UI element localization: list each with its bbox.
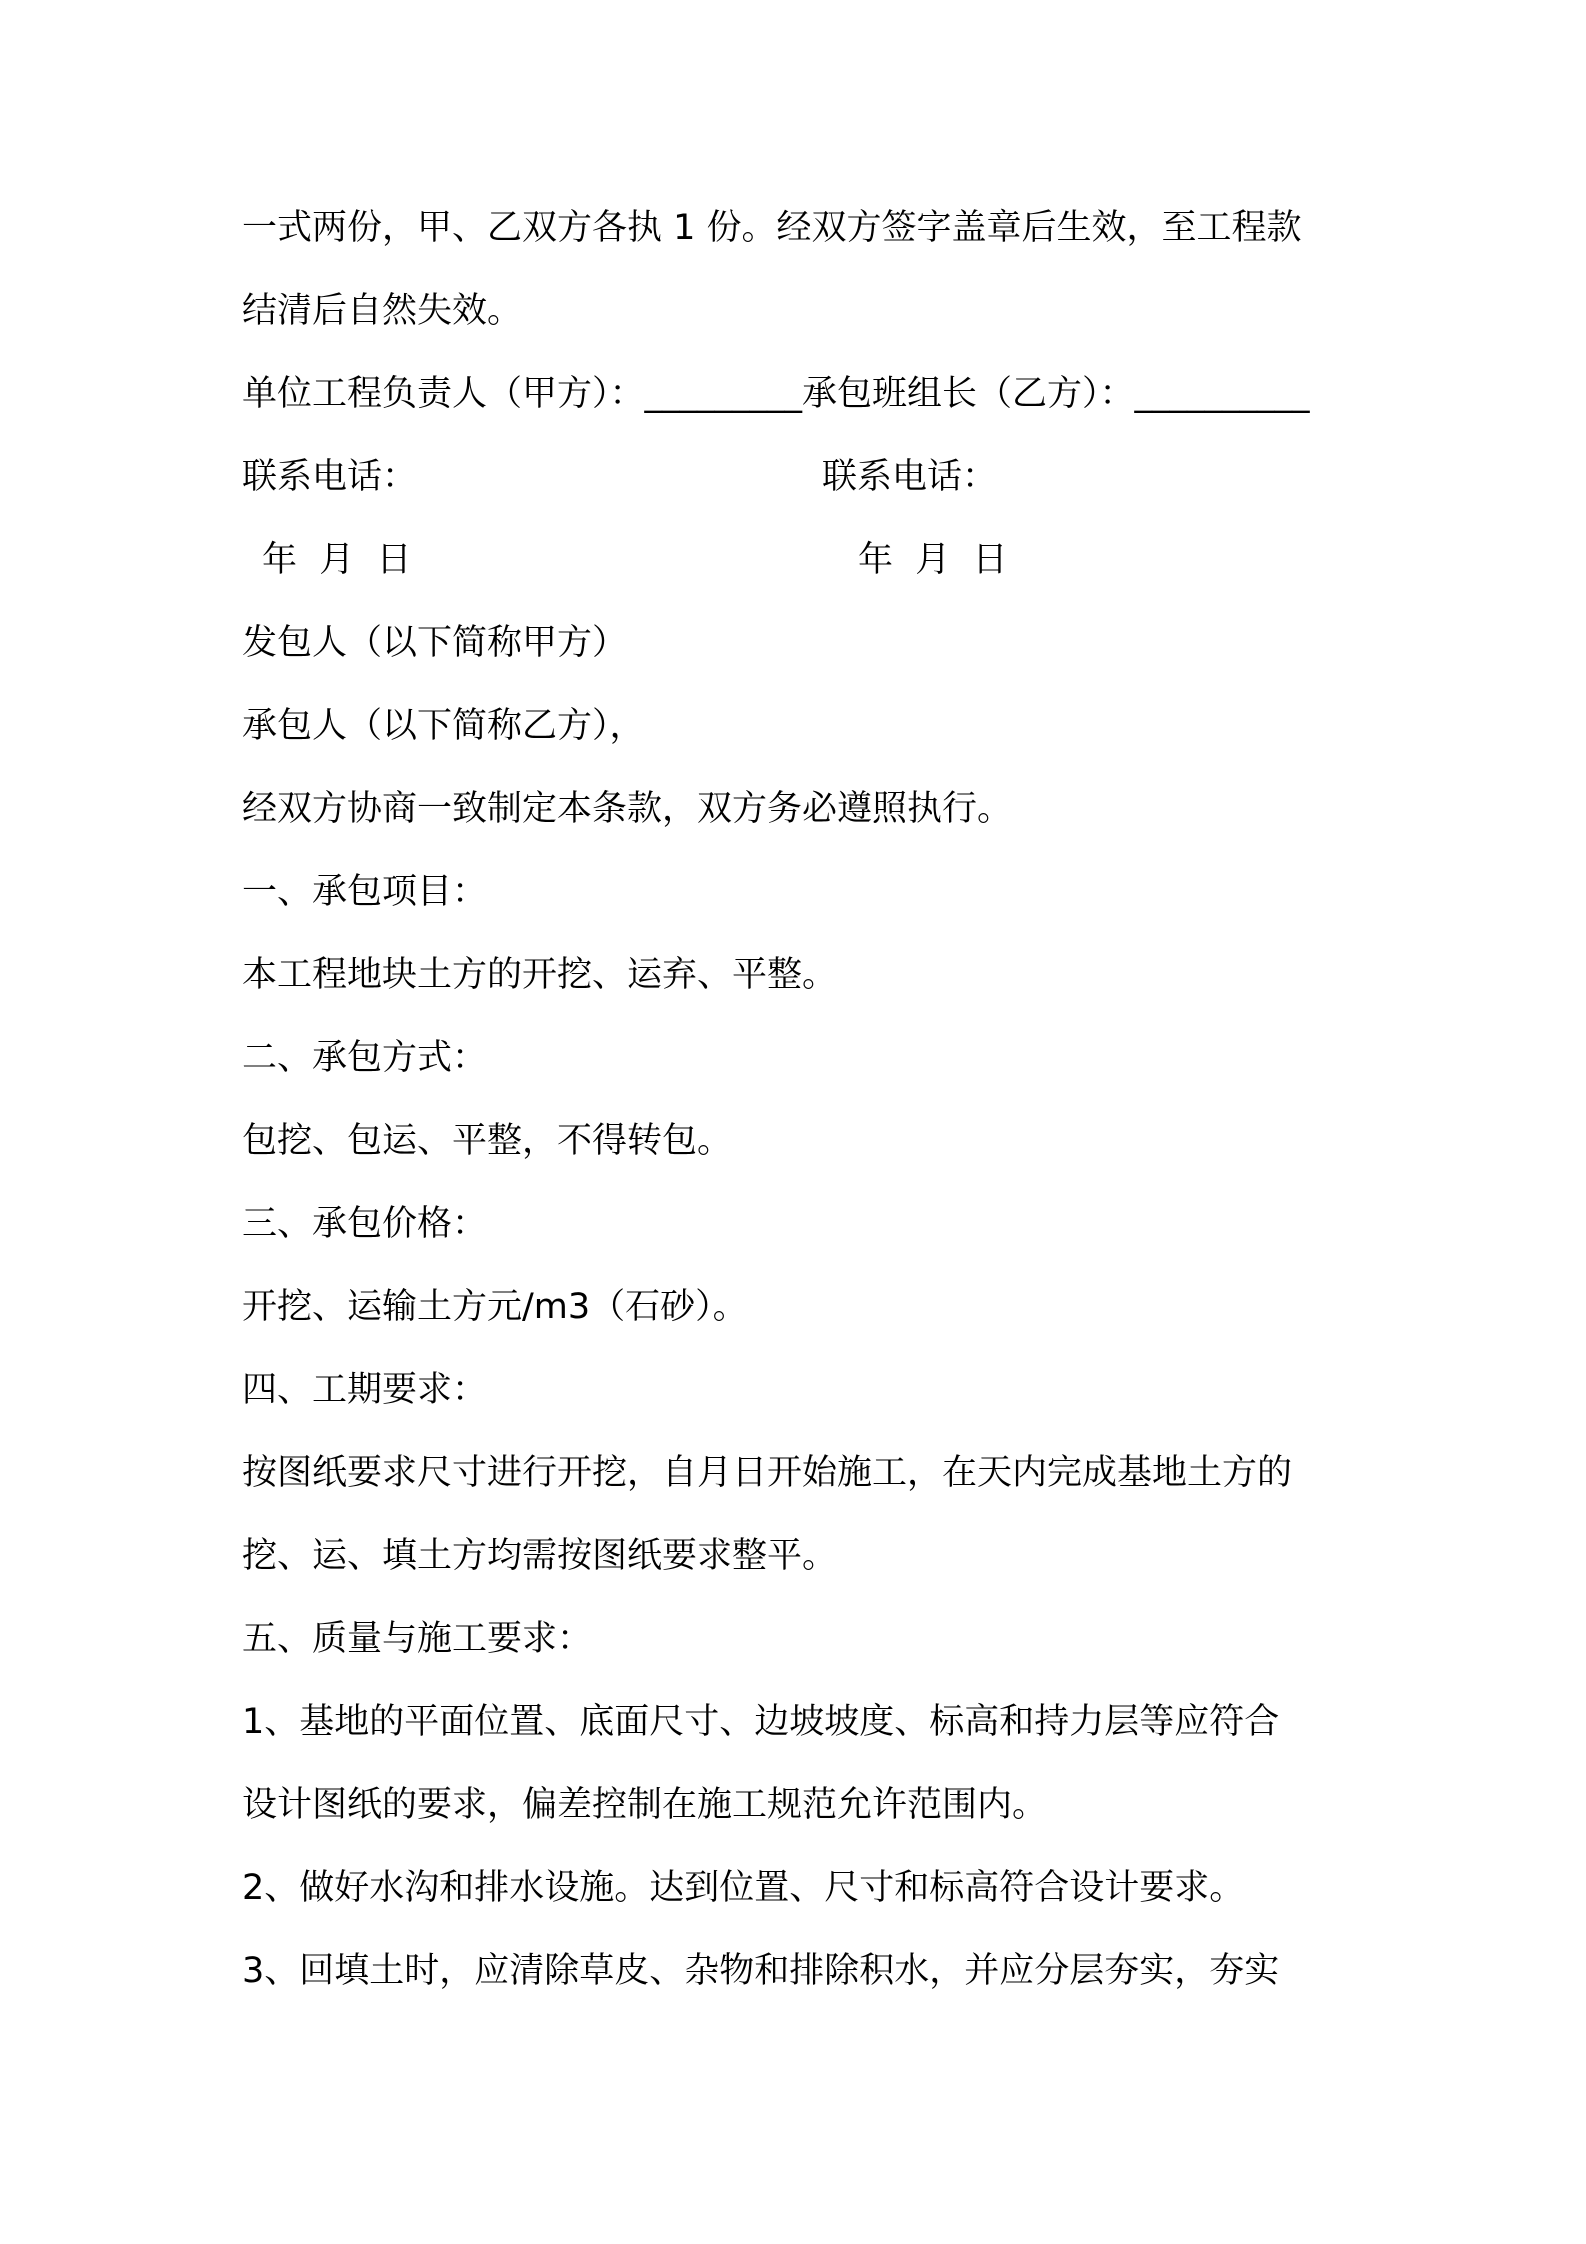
requirement-2: 2、做好水沟和排水设施。达到位置、尺寸和标高符合设计要求。: [242, 1847, 1348, 1930]
date-line: 年 月 日 年 月 日: [242, 519, 1348, 602]
section-body-3: 开挖、运输土方元/m3（石砂）。: [242, 1266, 1348, 1349]
agreement-statement: 经双方协商一致制定本条款，双方务必遵照执行。: [242, 768, 1348, 851]
section-body-4-line1: 按图纸要求尺寸进行开挖，自月日开始施工，在天内完成基地土方的: [242, 1432, 1348, 1515]
party-b-phone-label: 联系电话：: [822, 436, 997, 519]
paragraph-line: 一式两份，甲、乙双方各执 1 份。经双方签字盖章后生效，至工程款: [242, 187, 1348, 270]
section-body-4-line2: 挖、运、填土方均需按图纸要求整平。: [242, 1515, 1348, 1598]
section-body-2: 包挖、包运、平整，不得转包。: [242, 1100, 1348, 1183]
party-b-definition: 承包人（以下简称乙方），: [242, 685, 1348, 768]
section-heading-4: 四、工期要求：: [242, 1349, 1348, 1432]
party-a-signature-blank: _________: [645, 374, 803, 414]
party-b-date: 年 月 日: [858, 519, 1008, 602]
document-page: 一式两份，甲、乙双方各执 1 份。经双方签字盖章后生效，至工程款 结清后自然失效…: [242, 187, 1348, 2013]
signature-line: 单位工程负责人（甲方）：_________承包班组长（乙方）：_________…: [242, 353, 1348, 436]
requirement-1-line1: 1、基地的平面位置、底面尺寸、边坡坡度、标高和持力层等应符合: [242, 1681, 1348, 1764]
party-a-phone-label: 联系电话：: [242, 457, 417, 497]
section-heading-5: 五、质量与施工要求：: [242, 1598, 1348, 1681]
party-b-signature-blank: __________: [1135, 374, 1310, 414]
section-body-1: 本工程地块土方的开挖、运弃、平整。: [242, 934, 1348, 1017]
section-heading-1: 一、承包项目：: [242, 851, 1348, 934]
requirement-3-line1: 3、回填土时，应清除草皮、杂物和排除积水，并应分层夯实，夯实: [242, 1930, 1348, 2013]
section-heading-2: 二、承包方式：: [242, 1017, 1348, 1100]
requirement-1-line2: 设计图纸的要求，偏差控制在施工规范允许范围内。: [242, 1764, 1348, 1847]
phone-line: 联系电话： 联系电话：: [242, 436, 1348, 519]
party-b-label: 承包班组长（乙方）：: [802, 374, 1135, 414]
party-a-date: 年 月 日: [242, 540, 412, 580]
party-a-label: 单位工程负责人（甲方）：: [242, 374, 645, 414]
party-a-definition: 发包人（以下简称甲方）: [242, 602, 1348, 685]
section-heading-3: 三、承包价格：: [242, 1183, 1348, 1266]
paragraph-line: 结清后自然失效。: [242, 270, 1348, 353]
